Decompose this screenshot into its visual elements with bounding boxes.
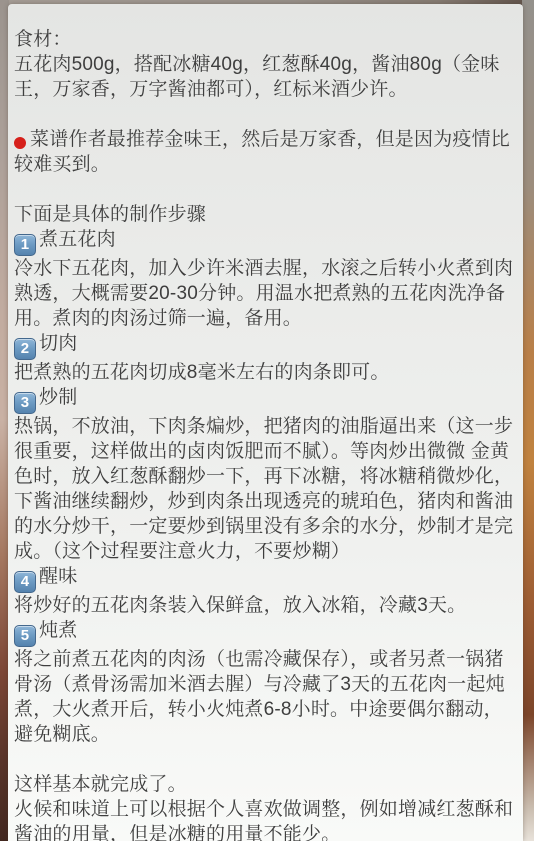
- closing-line-1: 这样基本就完成了。: [14, 772, 517, 797]
- step-title: 炒制: [39, 387, 77, 408]
- step-heading: 5炖煮: [14, 618, 517, 647]
- recipe-card: 食材： 五花肉500g，搭配冰糖40g，红葱酥40g，酱油80g（金味王，万家香…: [8, 4, 523, 841]
- step-item: 2切肉 把煮熟的五花肉切成8毫米左右的肉条即可。: [14, 331, 517, 385]
- keycap-3-icon: 3: [14, 392, 36, 414]
- step-body: 将之前煮五花肉的肉汤（也需冷藏保存），或者另煮一锅猪骨汤（煮骨汤需加米酒去腥）与…: [14, 647, 517, 747]
- step-body: 把煮熟的五花肉切成8毫米左右的肉条即可。: [14, 360, 517, 385]
- ingredients-section: 食材： 五花肉500g，搭配冰糖40g，红葱酥40g，酱油80g（金味王，万家香…: [14, 27, 517, 102]
- step-heading: 4醒味: [14, 564, 517, 593]
- step-item: 5炖煮 将之前煮五花肉的肉汤（也需冷藏保存），或者另煮一锅猪骨汤（煮骨汤需加米酒…: [14, 618, 517, 747]
- step-item: 1煮五花肉 冷水下五花肉，加入少许米酒去腥，水滚之后转小火煮到肉熟透，大概需要2…: [14, 227, 517, 331]
- closing-line-2: 火候和味道上可以根据个人喜欢做调整，例如增减红葱酥和酱油的用量，但是冰糖的用量不…: [14, 797, 517, 841]
- note-text: 菜谱作者最推荐金味王，然后是万家香，但是因为疫情比较难买到。: [14, 129, 510, 175]
- keycap-5-icon: 5: [14, 625, 36, 647]
- blank-line: [14, 102, 517, 127]
- recipe-text: 食材： 五花肉500g，搭配冰糖40g，红葱酥40g，酱油80g（金味王，万家香…: [14, 27, 517, 841]
- ingredients-text: 五花肉500g，搭配冰糖40g，红葱酥40g，酱油80g（金味王，万家香，万字酱…: [14, 52, 517, 102]
- recipe-screenshot: 食材： 五花肉500g，搭配冰糖40g，红葱酥40g，酱油80g（金味王，万家香…: [0, 0, 534, 841]
- keycap-2-icon: 2: [14, 338, 36, 360]
- background-edge-right: [522, 0, 534, 841]
- red-circle-icon: [14, 137, 26, 149]
- closing-section: 这样基本就完成了。 火候和味道上可以根据个人喜欢做调整，例如增减红葱酥和酱油的用…: [14, 772, 517, 841]
- step-body: 将炒好的五花肉条装入保鲜盒，放入冰箱，冷藏3天。: [14, 593, 517, 618]
- note-paragraph: 菜谱作者最推荐金味王，然后是万家香，但是因为疫情比较难买到。: [14, 127, 517, 177]
- step-item: 4醒味 将炒好的五花肉条装入保鲜盒，放入冰箱，冷藏3天。: [14, 564, 517, 618]
- keycap-4-icon: 4: [14, 571, 36, 593]
- step-body: 热锅，不放油，下肉条煸炒，把猪肉的油脂逼出来（这一步很重要，这样做出的卤肉饭肥而…: [14, 414, 517, 564]
- step-title: 切肉: [39, 333, 77, 354]
- step-heading: 2切肉: [14, 331, 517, 360]
- blank-line: [14, 747, 517, 772]
- step-heading: 3炒制: [14, 385, 517, 414]
- ingredients-label: 食材：: [14, 27, 517, 52]
- step-title: 炖煮: [39, 620, 77, 641]
- step-title: 煮五花肉: [39, 229, 116, 250]
- step-title: 醒味: [39, 566, 77, 587]
- blank-line: [14, 177, 517, 202]
- keycap-1-icon: 1: [14, 234, 36, 256]
- step-item: 3炒制 热锅，不放油，下肉条煸炒，把猪肉的油脂逼出来（这一步很重要，这样做出的卤…: [14, 385, 517, 564]
- step-heading: 1煮五花肉: [14, 227, 517, 256]
- step-body: 冷水下五花肉，加入少许米酒去腥，水滚之后转小火煮到肉熟透，大概需要20-30分钟…: [14, 256, 517, 331]
- steps-intro: 下面是具体的制作步骤: [14, 202, 517, 227]
